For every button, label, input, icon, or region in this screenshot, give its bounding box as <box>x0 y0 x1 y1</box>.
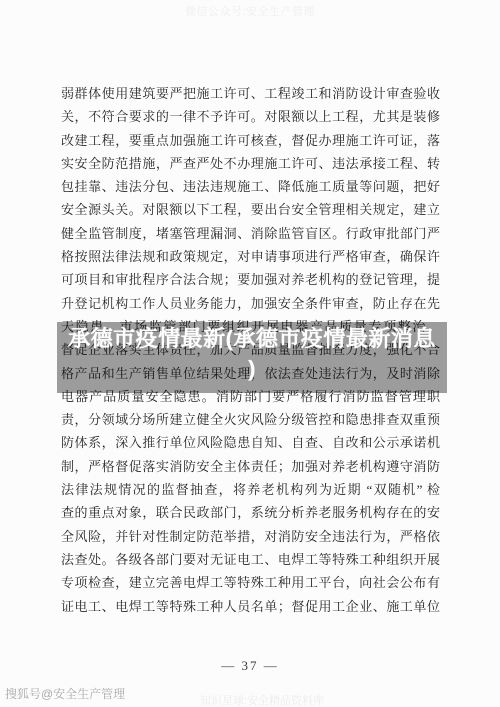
watermark-top: 微信公众号:安全生产管理 <box>0 3 500 19</box>
text-line: 弱群体使用建筑要严把施工许可、工程竣工和消防设计审查验收 <box>61 82 440 105</box>
text-line: 证电工、电焊工等特殊工种人员名单；督促用工企业、施工单位 <box>61 595 440 618</box>
text-line: 关，不符合要求的一律不予许可。对限额以上工程，尤其是装修 <box>61 105 440 128</box>
text-line: 查的重点对象，联合民政部门，系统分析养老服务机构存在的安 <box>61 501 440 524</box>
document-page: 微信公众号:安全生产管理 弱群体使用建筑要严把施工许可、工程竣工和消防设计审查验… <box>0 0 500 707</box>
text-line: 格按照法律法规和政策规定，对申请事项进行严格审查，确保许 <box>61 245 440 268</box>
overlay-title-line1: 承德市疫情最新(承德市疫情最新消息 <box>57 324 447 354</box>
page-number: — 37 — <box>0 658 500 674</box>
title-overlay-banner: 承德市疫情最新(承德市疫情最新消息 ) <box>57 322 447 393</box>
text-line: 可项目和审批程序合法合规；要加强对养老机构的登记管理，提 <box>61 268 440 291</box>
text-line: 制，严格督促落实消防安全主体责任；加强对养老机构遵守消防 <box>61 455 440 478</box>
text-line: 法律法规情况的监督抽查，将养老机构列为近期 “双随机” 检 <box>61 478 440 501</box>
watermark-bottom-left: 搜狐号@安全生产管理 <box>5 685 125 702</box>
text-line: 责，分领域分场所建立健全火灾风险分级管控和隐患排查双重预 <box>61 408 440 431</box>
text-line: 升登记机构工作人员业务能力，加强安全条件审查，防止存在先 <box>61 292 440 315</box>
text-line: 法查处。各级各部门要对无证电工、电焊工等特殊工种组织开展 <box>61 548 440 571</box>
text-line: 改建工程，要重点加强施工许可核查，督促办理施工许可证，落 <box>61 129 440 152</box>
text-line: 包挂靠、违法分包、违法违规施工、降低施工质量等问题，把好 <box>61 175 440 198</box>
text-line: 防体系，深入推行单位风险隐患自知、自查、自改和公示承诺机 <box>61 431 440 454</box>
text-line: 全风险，并针对性制定防范举措，对消防安全违法行为，严格依 <box>61 525 440 548</box>
text-line: 安全源头关。对限额以下工程，要出台安全管理相关规定，建立 <box>61 198 440 221</box>
overlay-title-line2: ) <box>57 354 447 384</box>
watermark-bottom-center: 知识星球:安全精品资料库 <box>200 692 324 707</box>
text-line: 专项检查，建立完善电焊工等特殊工种用工平台，向社会公布有 <box>61 571 440 594</box>
text-line: 实安全防范措施，严查严处不办理施工许可、违法承接工程、转 <box>61 152 440 175</box>
text-line: 健全监管制度，堵塞管理漏洞、消除监管盲区。行政审批部门严 <box>61 222 440 245</box>
